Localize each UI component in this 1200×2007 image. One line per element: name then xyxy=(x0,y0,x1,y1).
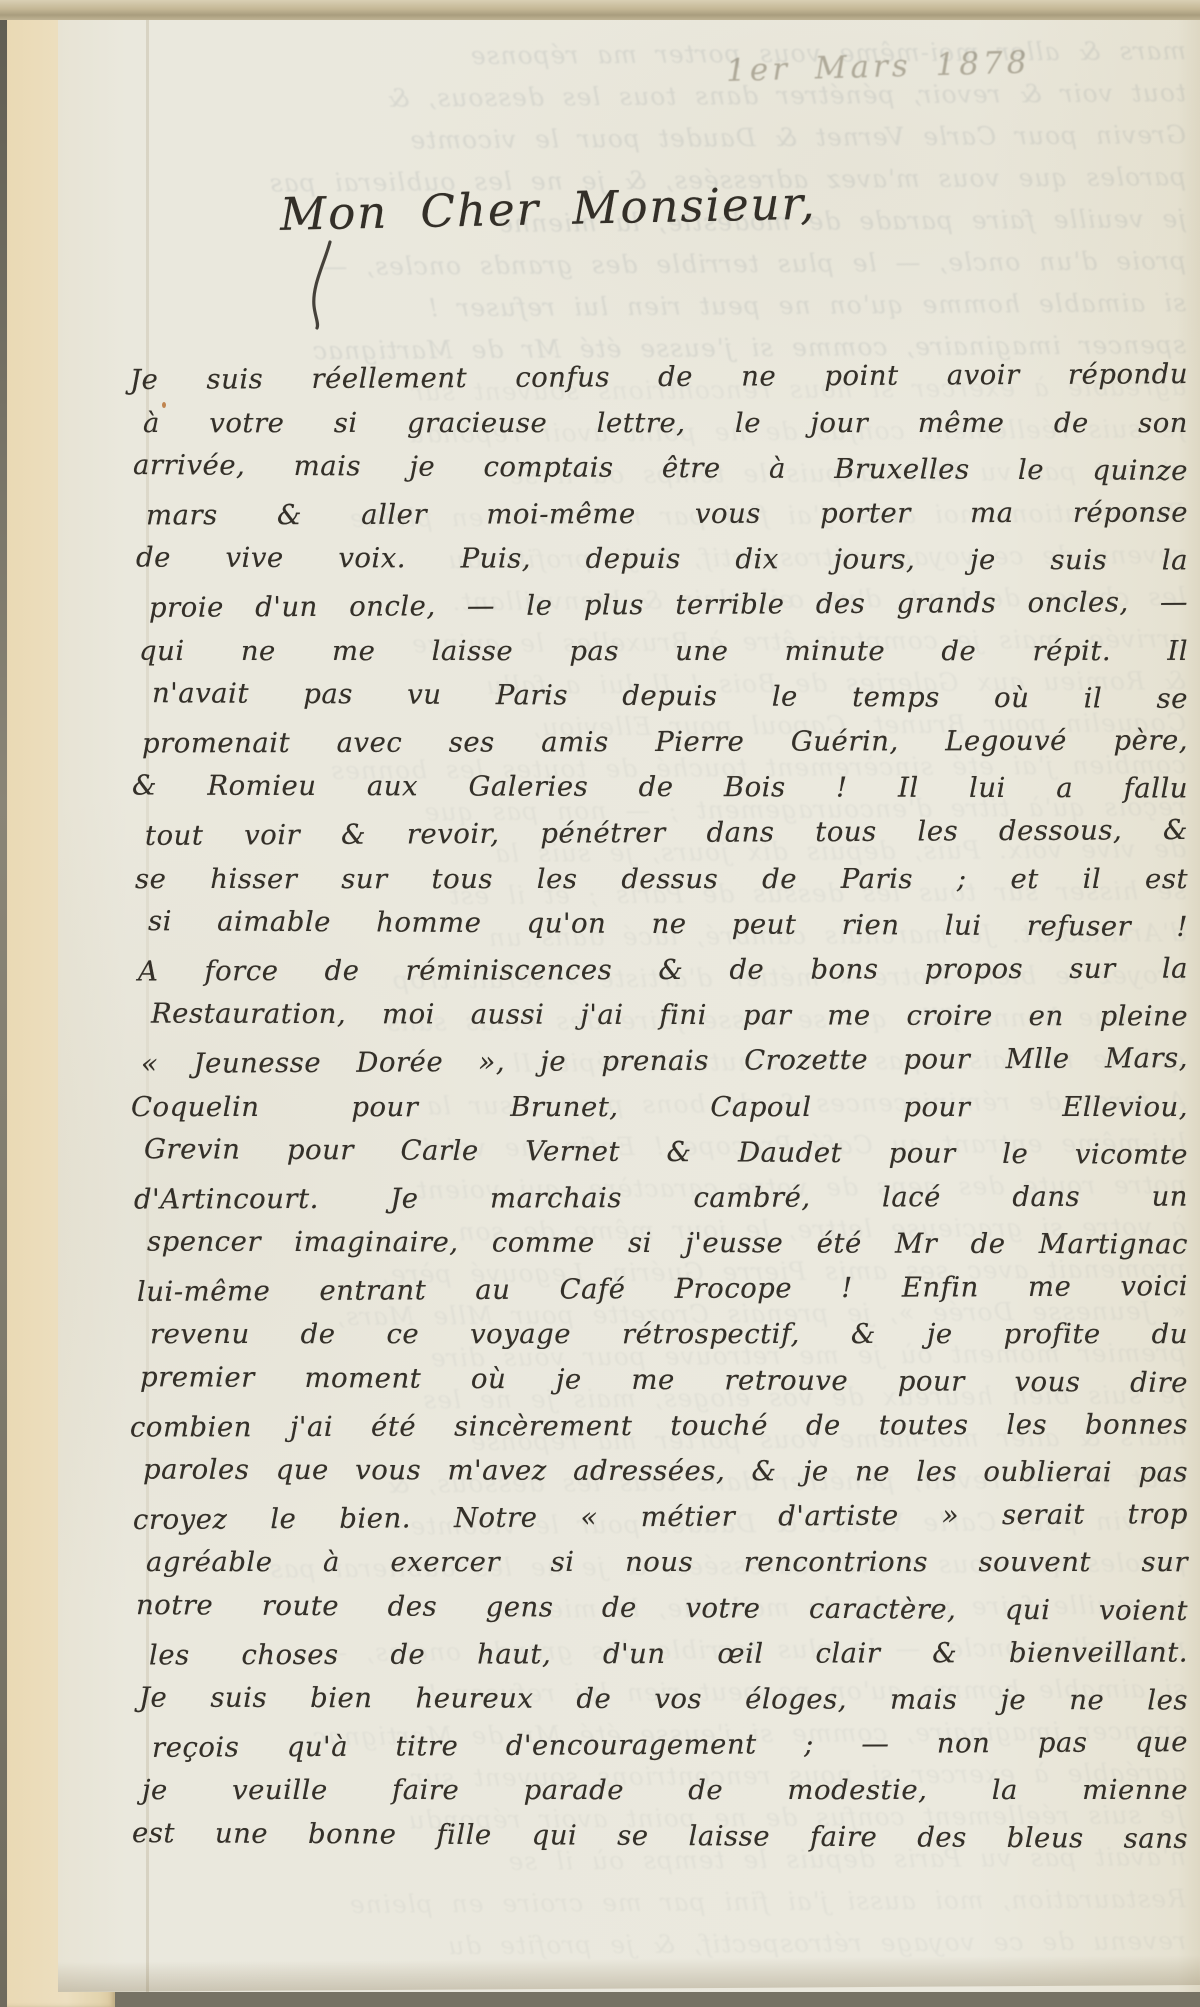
letter-line: proie d'un oncle, — le plus terrible des… xyxy=(130,580,1188,632)
page-bottom-shadow xyxy=(58,1955,1200,1992)
letter-line: Grevin pour Carle Vernet & Daudet pour l… xyxy=(130,1127,1188,1179)
scan-top-band xyxy=(0,0,1200,20)
letter-line: reçois qu'à titre d'encouragement ; — no… xyxy=(130,1720,1188,1772)
letter-line: n'avait pas vu Paris depuis le temps où … xyxy=(130,671,1188,723)
letter-line: les choses de haut, d'un œil clair & bie… xyxy=(130,1630,1188,1679)
letter-line: de vive voix. Puis, depuis dix jours, je… xyxy=(130,536,1188,585)
scan-backdrop-edge xyxy=(0,0,7,2007)
letter-line: je veuille faire parade de modestie, la … xyxy=(130,1768,1188,1814)
letter-line: notre route des gens de votre caractère,… xyxy=(130,1583,1188,1635)
letter-line: Je suis bien heureux de vos éloges, mais… xyxy=(130,1676,1188,1725)
letter-line: A force de réminiscences & de bons propo… xyxy=(130,946,1188,995)
letter-line: Restauration, moi aussi j'ai fini par me… xyxy=(130,992,1188,1041)
letter-page: mars & aller moi-même vous porter ma rép… xyxy=(58,14,1200,1992)
letter-line: Je suis réellement confus de ne point av… xyxy=(130,352,1188,404)
bleed-through-line: si aimable homme qu'on ne peut rien lui … xyxy=(88,288,1186,325)
ink-flourish-stroke xyxy=(304,240,344,330)
letter-line: « Jeunesse Dorée », je prenais Crozette … xyxy=(130,1036,1188,1088)
letter-line: arrivée, mais je comptais être à Bruxell… xyxy=(130,443,1188,495)
letter-line: est une bonne fille qui se laisse faire … xyxy=(130,1811,1188,1863)
letter-line: croyez le bien. Notre « métier d'artiste… xyxy=(130,1492,1188,1544)
letter-line: se hisser sur tous les dessus de Paris ;… xyxy=(130,857,1188,903)
letter-line: premier moment où je me retrouve pour vo… xyxy=(130,1355,1188,1407)
letter-line: & Romieu aux Galeries de Bois ! Il lui a… xyxy=(130,764,1188,813)
letter-line: lui-même entrant au Café Procope ! Enfin… xyxy=(130,1264,1188,1316)
letter-line: Coquelin pour Brunet, Capoul pour Ellevi… xyxy=(130,1085,1188,1131)
letter-line: combien j'ai été sincèrement touché de t… xyxy=(130,1402,1188,1451)
letter-line: agréable à exercer si nous rencontrions … xyxy=(130,1540,1188,1586)
letter-line: d'Artincourt. Je marchais cambré, lacé d… xyxy=(130,1174,1188,1223)
letter-line: mars & aller moi-même vous porter ma rép… xyxy=(130,490,1188,539)
salutation: Mon Cher Monsieur, xyxy=(280,176,841,241)
letter-line: si aimable homme qu'on ne peut rien lui … xyxy=(130,899,1188,951)
letter-line: promenait avec ses amis Pierre Guérin, L… xyxy=(130,718,1188,767)
letter-line: paroles que vous m'avez adressées, & je … xyxy=(130,1448,1188,1497)
scanned-letter: mars & aller moi-même vous porter ma rép… xyxy=(0,0,1200,2007)
letter-line: à votre si gracieuse lettre, le jour mêm… xyxy=(130,401,1188,447)
bleed-through-line: tout voir & revoir, pénétrer dans tous l… xyxy=(88,78,1186,115)
letter-line: spencer imaginaire, comme si j'eusse été… xyxy=(130,1220,1188,1269)
letter-body: Je suis réellement confus de ne point av… xyxy=(130,355,1188,1860)
bleed-through-line: Grevin pour Carle Vernet & Daudet pour l… xyxy=(88,120,1186,157)
letter-line: revenu de ce voyage rétrospectif, & je p… xyxy=(130,1312,1188,1358)
bleed-through-line: Restauration, moi aussi j'ai fini par me… xyxy=(88,1884,1186,1921)
pencil-date-note: 1er Mars 1878 xyxy=(726,43,1087,89)
bleed-through-line: proie d'un oncle, — le plus terrible des… xyxy=(88,246,1186,283)
letter-line: qui ne me laisse pas une minute de répit… xyxy=(130,629,1188,675)
letter-line: tout voir & revoir, pénétrer dans tous l… xyxy=(130,808,1188,860)
